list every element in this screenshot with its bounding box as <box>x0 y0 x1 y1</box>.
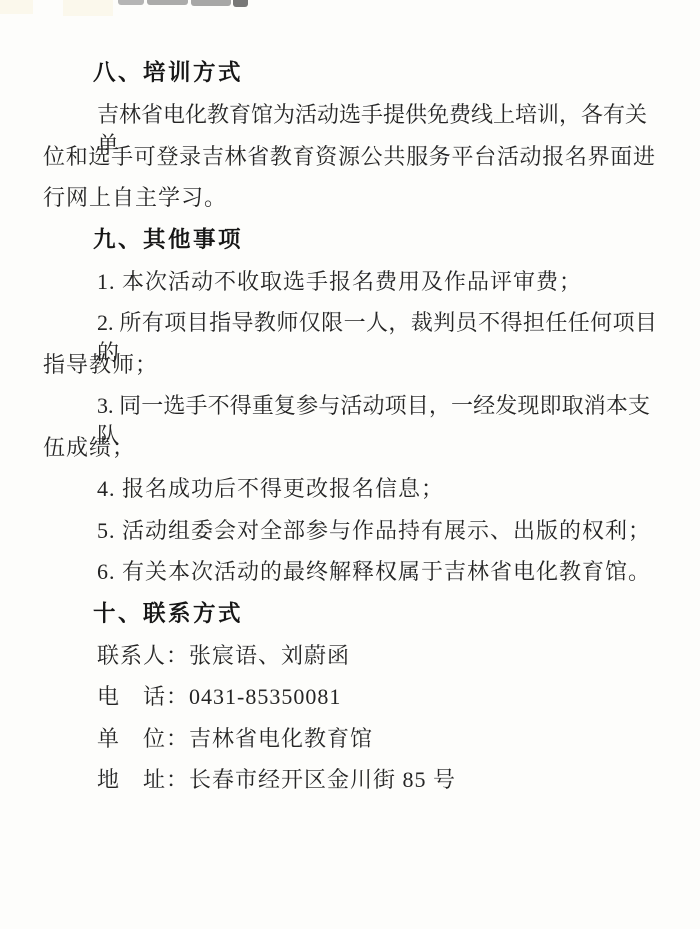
contact-phone-line: 电 话：0431-85350081 <box>97 682 341 712</box>
scan-artifact-patch <box>63 0 113 16</box>
scan-artifact-smudge <box>147 0 188 5</box>
section-other-heading: 九、其他事项 <box>93 225 243 255</box>
section-contact-heading: 十、联系方式 <box>93 599 243 629</box>
training-paragraph-line: 行网上自主学习。 <box>43 183 227 213</box>
contact-person-line: 联系人：张宸语、刘蔚函 <box>97 641 350 671</box>
scan-artifact-smudge <box>118 0 144 5</box>
scanned-document-page: 八、培训方式 吉林省电化教育馆为活动选手提供免费线上培训，各有关单 位和选手可登… <box>0 0 700 929</box>
other-item-6: 6. 有关本次活动的最终解释权属于吉林省电化教育馆。 <box>97 557 651 587</box>
training-paragraph-line: 位和选手可登录吉林省教育资源公共服务平台活动报名界面进 <box>43 142 655 172</box>
other-item-2: 2. 所有项目指导教师仅限一人，裁判员不得担任任何项目的 <box>97 308 657 368</box>
other-item-3: 3. 同一选手不得重复参与活动项目，一经发现即取消本支队 <box>97 391 650 451</box>
other-item-2-continued: 指导教师； <box>43 350 158 380</box>
section-training-heading: 八、培训方式 <box>93 58 243 88</box>
contact-unit-line: 单 位：吉林省电化教育馆 <box>97 724 373 754</box>
scan-artifact-patch <box>0 0 33 14</box>
contact-address-line: 地 址：长春市经开区金川街 85 号 <box>97 765 456 795</box>
scan-artifact-smudge <box>233 0 248 7</box>
scan-artifact-smudge <box>191 0 231 6</box>
other-item-4: 4. 报名成功后不得更改报名信息； <box>97 474 444 504</box>
other-item-5: 5. 活动组委会对全部参与作品持有展示、出版的权利； <box>97 516 651 546</box>
other-item-3-continued: 伍成绩； <box>43 433 135 463</box>
other-item-1: 1. 本次活动不收取选手报名费用及作品评审费； <box>97 267 582 297</box>
